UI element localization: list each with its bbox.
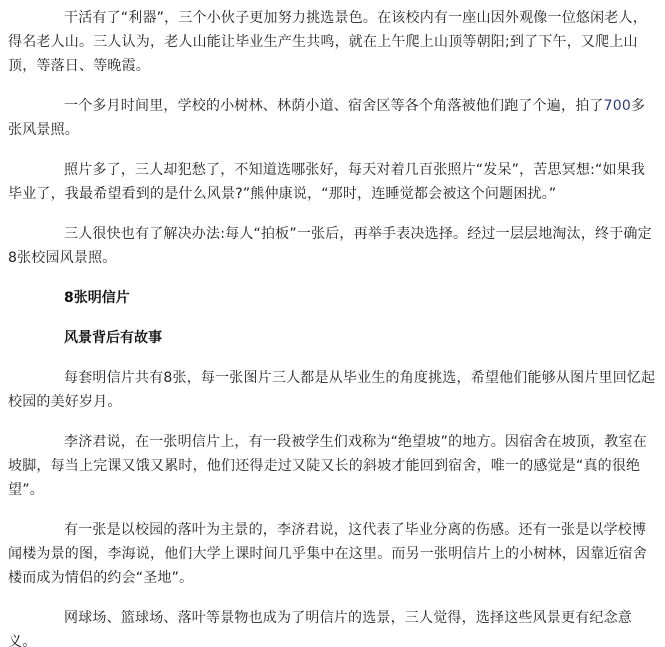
paragraph-postcard-set: 每套明信片共有8张，每一张图片三人都是从毕业生的角度挑选，希望他们能够从图片里回… (8, 366, 658, 414)
paragraph-700-photos: 一个多月时间里，学校的小树林、林荫小道、宿舍区等各个角落被他们跑了个遍，拍了70… (8, 94, 658, 142)
paragraph-courts: 网球场、篮球场、落叶等景物也成为了明信片的选景，三人觉得，选择这些风景更有纪念意… (8, 606, 658, 647)
paragraph-fallen-leaves: 有一张是以校园的落叶为主景的，李济君说，这代表了毕业分离的伤感。还有一张是以学校… (8, 518, 658, 590)
paragraph-text-before: 一个多月时间里，学校的小树林、林荫小道、宿舍区等各个角落被他们跑了个遍，拍了 (64, 98, 604, 114)
section-heading-stories-behind-scenery: 风景背后有故事 (8, 326, 658, 350)
paragraph-despair-slope: 李济君说，在一张明信片上，有一段被学生们戏称为“绝望坡”的地方。因宿舍在坡顶，教… (8, 430, 658, 502)
paragraph-dilemma: 照片多了，三人却犯愁了，不知道选哪张好，每天对着几百张照片“发呆”，苦思冥想:“… (8, 158, 658, 206)
paragraph-voting: 三人很快也有了解决办法:每人“拍板”一张后，再举手表决选择。经过一层层地淘汰，终… (8, 222, 658, 270)
photo-count-number: 700 (604, 98, 631, 114)
paragraph-laorenshan: 干活有了“利器”，三个小伙子更加努力挑选景色。在该校内有一座山因外观像一位悠闲老… (8, 6, 658, 78)
section-heading-8-postcards: 8张明信片 (8, 286, 658, 310)
article-body: 干活有了“利器”，三个小伙子更加努力挑选景色。在该校内有一座山因外观像一位悠闲老… (8, 6, 658, 647)
